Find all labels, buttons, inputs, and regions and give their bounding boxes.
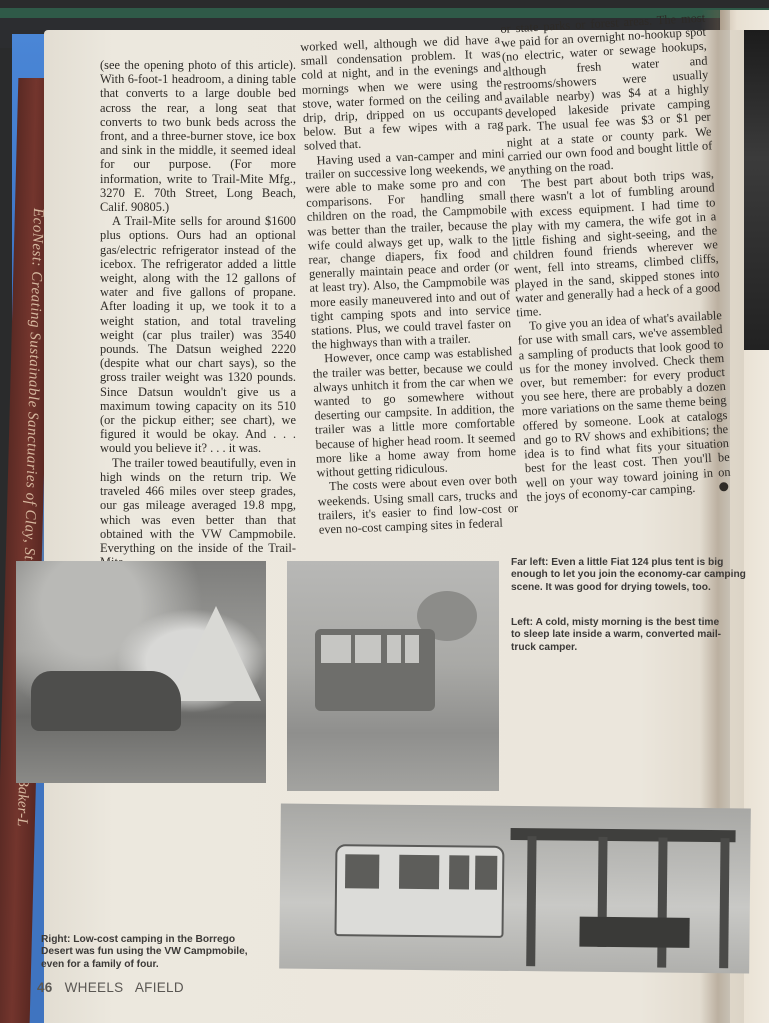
paragraph: The costs were about even over both week… xyxy=(317,472,519,536)
car-shape xyxy=(31,671,181,731)
paragraph: A Trail-Mite sells for around $1600 plus… xyxy=(100,214,296,455)
paragraph: The trailer towed beautifully, even in h… xyxy=(100,456,296,570)
page-folio: 46WHEELS AFIELD xyxy=(37,980,184,995)
photo-fiat-tent xyxy=(16,561,266,783)
paragraph: Having used a van-camper and mini traile… xyxy=(304,146,511,352)
shelter-post xyxy=(526,836,536,966)
shelter-roof xyxy=(511,828,736,842)
paragraph: or state parks or forest areas. The most… xyxy=(500,11,713,178)
paragraph-text: To give you an idea of what's available … xyxy=(517,308,730,504)
truck-window xyxy=(405,635,419,663)
article-column-3: or state parks or forest areas. The most… xyxy=(500,11,732,505)
paragraph: worked well, although we did have a smal… xyxy=(300,32,504,153)
tent-shape xyxy=(171,606,261,701)
caption-left: Left: A cold, misty morning is the best … xyxy=(511,617,731,654)
caption-text: A cold, misty morning is the best time t… xyxy=(511,617,721,653)
van-window xyxy=(449,855,469,889)
caption-text: Low-cost camping in the Borrego Desert w… xyxy=(41,934,248,970)
van-window xyxy=(399,855,439,889)
photo-mail-truck xyxy=(287,561,499,791)
van-window xyxy=(345,854,379,888)
shelter-post xyxy=(719,838,729,968)
vw-van-shape xyxy=(334,844,504,938)
magazine-name: WHEELS AFIELD xyxy=(65,980,184,995)
page-number: 46 xyxy=(37,980,53,995)
paragraph: The best part about both trips was, ther… xyxy=(509,167,722,320)
paragraph: (see the opening photo of this article).… xyxy=(100,58,296,214)
truck-window xyxy=(355,635,381,663)
truck-shape xyxy=(315,629,435,711)
shelter-post xyxy=(657,838,667,968)
caption-lead: Right: xyxy=(41,934,70,945)
caption-lead: Left: xyxy=(511,617,533,628)
van-window xyxy=(475,856,497,890)
article-column-1: (see the opening photo of this article).… xyxy=(100,58,296,569)
caption-right: Right: Low-cost camping in the Borrego D… xyxy=(41,934,266,971)
paragraph: However, once camp was established the t… xyxy=(312,345,517,480)
caption-lead: Far left: xyxy=(511,557,548,568)
picnic-table xyxy=(579,917,689,948)
caption-far-left: Far left: Even a little Fiat 124 plus te… xyxy=(511,557,751,594)
end-of-article-icon xyxy=(719,482,728,491)
truck-window xyxy=(387,635,401,663)
truck-window xyxy=(321,635,351,663)
article-column-2: worked well, although we did have a smal… xyxy=(300,32,519,536)
paragraph-last: To give you an idea of what's available … xyxy=(517,308,732,504)
photo-borrego-vw xyxy=(279,804,751,974)
facing-page-photo xyxy=(744,30,769,350)
